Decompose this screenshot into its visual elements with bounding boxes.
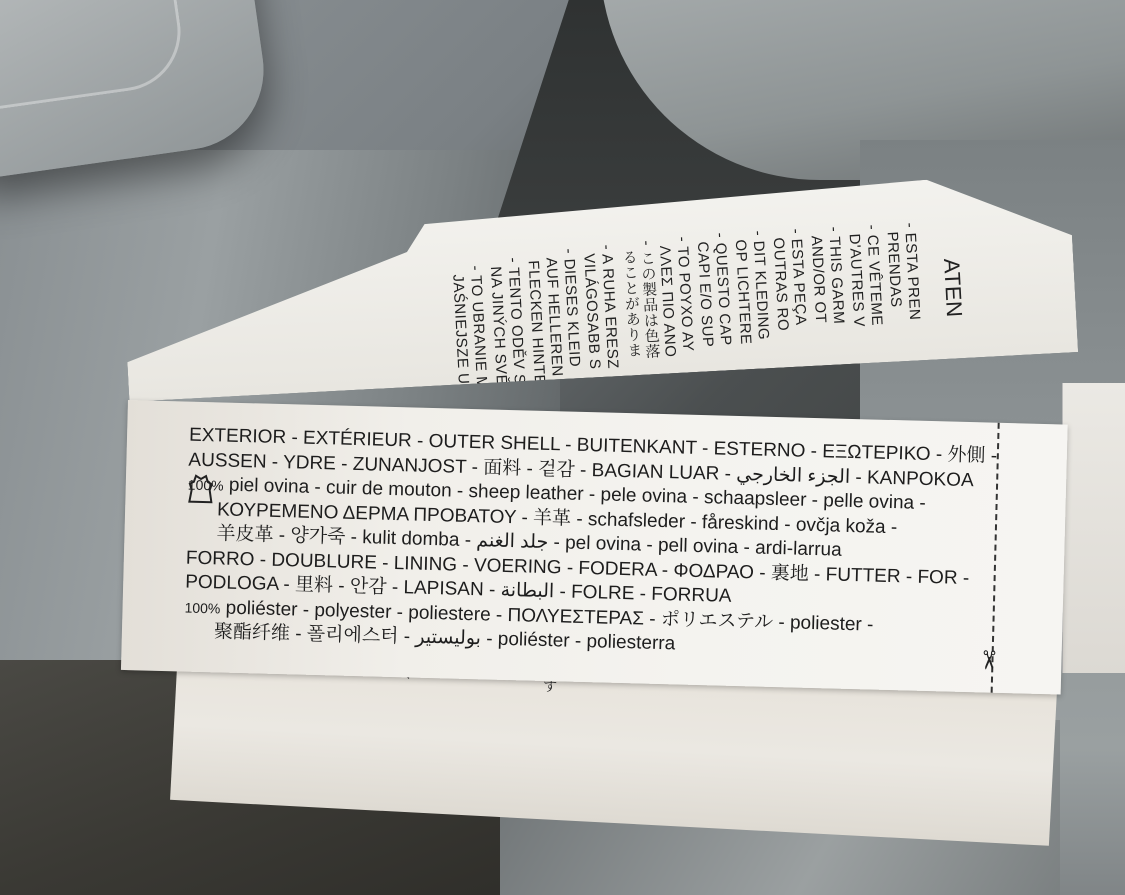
composition-text: EXTERIOR - EXTÉRIEUR - OUTER SHELL - BUI… — [184, 424, 950, 664]
lapel-stitching — [0, 0, 188, 112]
label-heading: ATEN — [938, 258, 967, 318]
leather-hide-icon — [187, 474, 214, 505]
photo-scene: ATEN - ESTA PREN PRENDAS - CE VÊTEME D'A… — [0, 0, 1125, 895]
composition-label: EXTERIOR - EXTÉRIEUR - OUTER SHELL - BUI… — [121, 400, 1068, 695]
percent: 100% — [184, 599, 220, 616]
scissors-icon: ✂ — [973, 649, 1005, 672]
care-label-tab-edge — [1062, 383, 1125, 673]
